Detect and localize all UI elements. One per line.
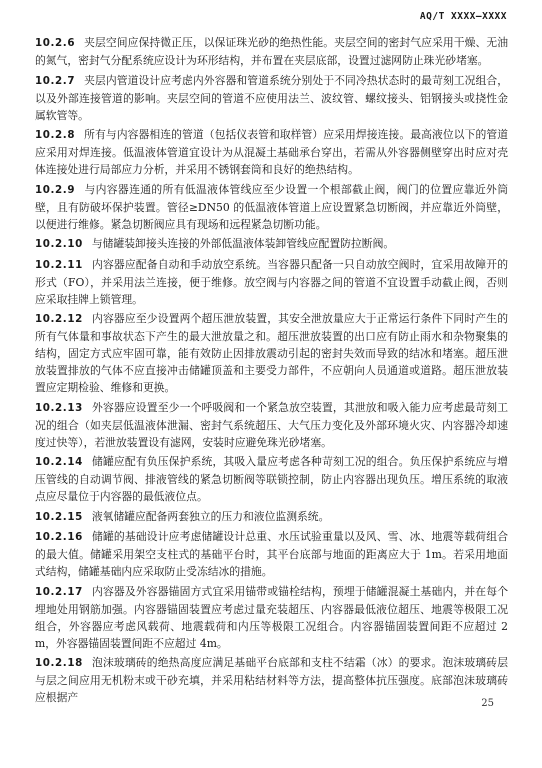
clause-number: 10.2.7: [35, 75, 75, 87]
clause-number: 10.2.9: [35, 184, 75, 196]
clause: 10.2.10与储罐装卸接头连接的外部低温液体装卸管线应配置防拉断阀。: [35, 235, 508, 253]
clause: 10.2.8所有与内容器相连的管道（包括仪表管和取样管）应采用焊接连接。最高液位…: [35, 126, 508, 178]
clause-text: 泡沫玻璃砖的绝热高度应满足基础平台底部和支柱不结霜（冰）的要求。泡沫玻璃砖层与层…: [35, 656, 508, 704]
clause-number: 10.2.18: [35, 657, 83, 669]
clause-text: 夹层内管道设计应考虑内外容器和管道系统分别处于不同冷热状态时的最苛刻工况组合，以…: [35, 74, 508, 122]
standard-number: AQ/T XXXX—XXXX: [420, 11, 507, 22]
clause: 10.2.14储罐应配有负压保护系统，其吸入量应考虑各种苛刻工况的组合。负压保护…: [35, 453, 508, 505]
clause: 10.2.11内容器应配备自动和手动放空系统。当容器只配备一只自动放空阀时，宜采…: [35, 256, 508, 308]
clause-text: 液氧储罐应配备两套独立的压力和液位监测系统。: [92, 510, 330, 523]
clause-text: 与储罐装卸接头连接的外部低温液体装卸管线应配置防拉断阀。: [92, 237, 394, 250]
clause-number: 10.2.8: [35, 129, 75, 141]
clause-number: 10.2.6: [35, 37, 75, 49]
clause-number: 10.2.15: [35, 511, 83, 523]
page-header: AQ/T XXXX—XXXX: [420, 11, 507, 22]
document-page: AQ/T XXXX—XXXX 10.2.6夹层空间应保持微正压，以保证珠光砂的绝…: [0, 0, 542, 768]
clause-number: 10.2.13: [35, 402, 83, 414]
clause-text: 内容器应配备自动和手动放空系统。当容器只配备一只自动放空阀时，宜采用故障开的形式…: [35, 258, 508, 306]
clause-text: 所有与内容器相连的管道（包括仪表管和取样管）应采用焊接连接。最高液位以下的管道应…: [35, 128, 508, 176]
clause: 10.2.16储罐的基础设计应考虑储罐设计总重、水压试验重量以及风、雪、冰、地震…: [35, 528, 508, 580]
clause: 10.2.17内容器及外容器锚固方式宜采用锚带或锚栓结构，预埋于储罐混凝土基础内…: [35, 583, 508, 652]
clause: 10.2.7夹层内管道设计应考虑内外容器和管道系统分别处于不同冷热状态时的最苛刻…: [35, 72, 508, 124]
clause-text: 夹层空间应保持微正压，以保证珠光砂的绝热性能。夹层空间的密封气应采用干燥、无油的…: [35, 36, 508, 67]
clause-number: 10.2.16: [35, 531, 83, 543]
clause-number: 10.2.17: [35, 586, 83, 598]
clause: 10.2.6夹层空间应保持微正压，以保证珠光砂的绝热性能。夹层空间的密封气应采用…: [35, 34, 508, 69]
clause-text: 与内容器连通的所有低温液体管线应至少设置一个根部截止阀，阀门的位置应靠近外筒壁，…: [35, 183, 508, 231]
page-number: 25: [481, 698, 494, 709]
clause-number: 10.2.12: [35, 313, 83, 325]
clause-number: 10.2.14: [35, 456, 83, 468]
clause-text: 储罐应配有负压保护系统，其吸入量应考虑各种苛刻工况的组合。负压保护系统应与增压管…: [35, 455, 508, 503]
clause-text: 储罐的基础设计应考虑储罐设计总重、水压试验重量以及风、雪、冰、地震等载荷组合的最…: [35, 530, 508, 578]
clause: 10.2.15液氧储罐应配备两套独立的压力和液位监测系统。: [35, 508, 508, 526]
clause-number: 10.2.11: [35, 259, 83, 271]
clause: 10.2.9与内容器连通的所有低温液体管线应至少设置一个根部截止阀，阀门的位置应…: [35, 181, 508, 233]
page-footer: 25: [481, 698, 494, 709]
clause: 10.2.12内容器应至少设置两个超压泄放装置，其安全泄放量应大于正常运行条件下…: [35, 310, 508, 396]
clause: 10.2.18泡沫玻璃砖的绝热高度应满足基础平台底部和支柱不结霜（冰）的要求。泡…: [35, 654, 508, 706]
clause-text: 外容器应设置至少一个呼吸阀和一个紧急放空装置，其泄放和吸入能力应考虑最苛刻工况的…: [35, 401, 508, 449]
clause: 10.2.13外容器应设置至少一个呼吸阀和一个紧急放空装置，其泄放和吸入能力应考…: [35, 399, 508, 451]
clause-number: 10.2.10: [35, 238, 83, 250]
clause-text: 内容器及外容器锚固方式宜采用锚带或锚栓结构，预埋于储罐混凝土基础内，并在每个埋地…: [35, 585, 508, 650]
clauses-container: 10.2.6夹层空间应保持微正压，以保证珠光砂的绝热性能。夹层空间的密封气应采用…: [35, 34, 508, 709]
clause-text: 内容器应至少设置两个超压泄放装置，其安全泄放量应大于正常运行条件下同时产生的所有…: [35, 312, 508, 394]
